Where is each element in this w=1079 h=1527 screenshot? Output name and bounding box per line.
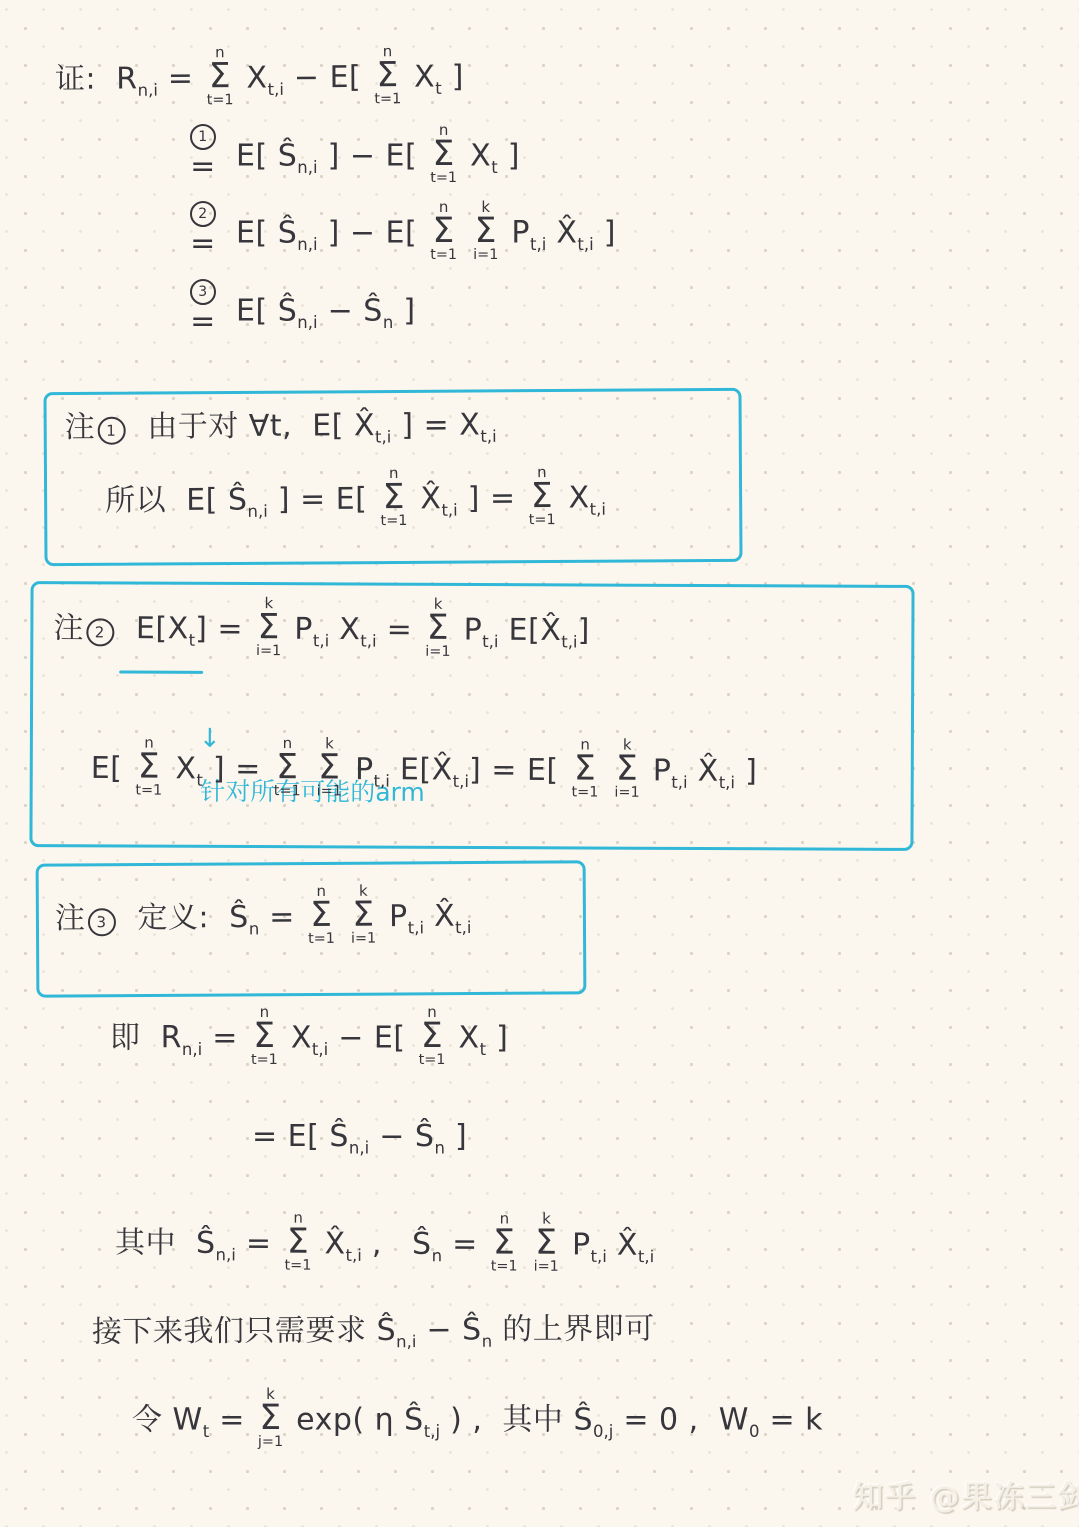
note2-line1: 注2 E[Xt] = kΣi=1 Pt,i Xt,i = kΣi=1 Pt,i … bbox=[53, 598, 590, 663]
note3-line1: 注3 定义: Ŝn = nΣt=1 kΣi=1 Pt,i X̂t,i bbox=[55, 886, 472, 951]
proof-step-3: 3= E[ Ŝn,i − Ŝn ] bbox=[190, 283, 416, 341]
notebook-page: 证: Rn,i = nΣt=1 Xt,i − E[ nΣt=1 Xt ] 1= … bbox=[0, 0, 1079, 1527]
conclusion-line2: = E[ Ŝn,i − Ŝn ] bbox=[252, 1118, 467, 1159]
proof-step-2: 2= E[ Ŝn,i ] − E[ nΣt=1 kΣi=1 Pt,i X̂t,i… bbox=[190, 203, 616, 265]
note1-box: 注1 由于对 ∀t, E[ X̂t,i ] = Xt,i 所以 E[ Ŝn,i … bbox=[43, 388, 742, 566]
note2-box: 注2 E[Xt] = kΣi=1 Pt,i Xt,i = kΣi=1 Pt,i … bbox=[29, 581, 914, 851]
conclusion-line4: 接下来我们只需要求 Ŝn,i − Ŝn 的上界即可 bbox=[92, 1310, 655, 1354]
note3-box: 注3 定义: Ŝn = nΣt=1 kΣi=1 Pt,i X̂t,i bbox=[36, 860, 587, 997]
note1-line2: 所以 E[ Ŝn,i ] = E[ nΣt=1 X̂t,i ] = nΣt=1 … bbox=[105, 468, 606, 533]
conclusion-line1: 即 Rn,i = nΣt=1 Xt,i − E[ nΣt=1 Xt ] bbox=[110, 1008, 508, 1070]
proof-step-1: 1= E[ Ŝn,i ] − E[ nΣt=1 Xt ] bbox=[190, 126, 520, 188]
conclusion-line5: 令 Wt = kΣj=1 exp( η Ŝt,j ) , 其中 Ŝ0,j = 0… bbox=[132, 1390, 823, 1452]
watermark: 知乎 @果冻三剑客 bbox=[853, 1472, 1079, 1516]
note2-line2: E[ nΣt=1 Xt ] = nΣt=1 kΣi=1 Pt,i E[X̂t,i… bbox=[91, 738, 758, 803]
proof-intro-equation: 证: Rn,i = nΣt=1 Xt,i − E[ nΣt=1 Xt ] bbox=[55, 47, 464, 112]
conclusion-line3: 其中 Ŝn,i = nΣt=1 X̂t,i , Ŝn = nΣt=1 kΣi=1… bbox=[115, 1213, 655, 1278]
note1-line1: 注1 由于对 ∀t, E[ X̂t,i ] = Xt,i bbox=[65, 406, 497, 450]
